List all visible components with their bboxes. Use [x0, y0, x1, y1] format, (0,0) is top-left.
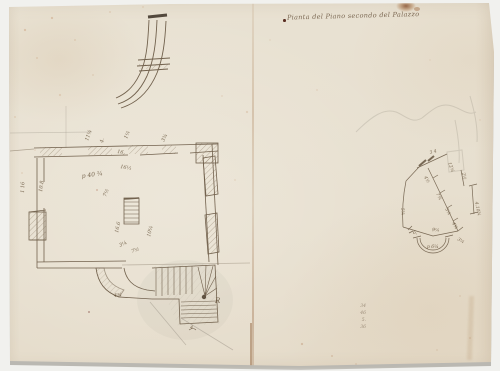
measurement-annotation: 6,	[413, 230, 418, 236]
scanned-sheet-stage: Pianta del Piano secondo del Palazzo 34 …	[0, 0, 500, 371]
flourish-mark: R	[214, 297, 221, 305]
measurement-annotation: 16.6	[114, 220, 122, 233]
measurement-annotation: p 6¼	[427, 243, 439, 250]
shaft-detail	[124, 198, 139, 224]
measurement-annotation: 7½	[130, 246, 140, 255]
measurement-annotation: 4¾	[450, 220, 460, 231]
measurement-annotation: 4	[189, 325, 193, 331]
moulding-profile-sketch	[116, 15, 170, 108]
measurement-annotation: 16,	[117, 149, 126, 156]
measurement-annotation: 4½	[422, 174, 432, 185]
measurement-annotation: 3¾	[159, 132, 169, 142]
measurement-annotation: 4.	[99, 137, 106, 144]
measurement-annotation: 3¼	[118, 239, 128, 249]
winding-stair-detail	[137, 260, 233, 350]
measurement-annotation: 1¼	[122, 130, 131, 140]
measurement-annotation: 4.10¾	[473, 200, 483, 217]
faint-pencil-sketch	[356, 96, 477, 172]
measurement-annotation: 1 16	[20, 181, 26, 193]
measurement-annotation: 10¼	[145, 225, 155, 238]
measurement-annotation: 10.8	[38, 180, 45, 192]
aged-paper-sheet: Pianta del Piano secondo del Palazzo 34 …	[0, 0, 500, 371]
apse-semicircle	[413, 235, 453, 253]
measurement-annotation: 3 4	[429, 148, 438, 156]
ink-drawings-layer: 11¼ 4. 16, 1¼ 16⅓ p 40 ¾ 10.8 1 16 7½ 16…	[0, 0, 500, 371]
measurement-annotation: 3¼	[456, 236, 466, 246]
measurement-annotation: p 40 ¾	[81, 170, 103, 180]
measurement-annotation: 11¼	[83, 129, 93, 142]
measurement-annotation: 5¼	[443, 207, 453, 217]
measurement-annotation: 7½	[101, 188, 110, 198]
measurement-annotation: 9¼	[432, 226, 440, 233]
measurement-annotation: 7¾	[434, 192, 444, 202]
measurement-annotation: 16⅓	[120, 164, 132, 172]
survey-plan-sketch	[403, 154, 478, 253]
measurement-annotation: 5¾	[399, 207, 407, 215]
measurement-annotation: 4¾	[113, 291, 123, 299]
